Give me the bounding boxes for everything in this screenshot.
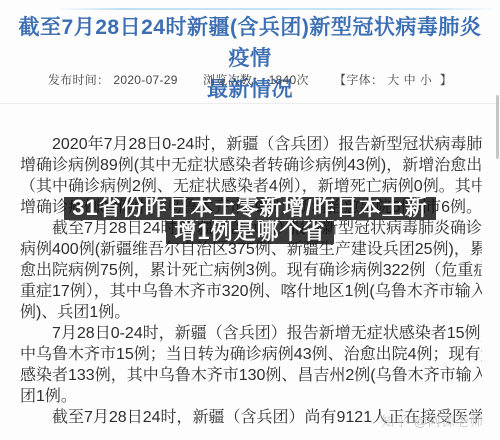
article-line-left: 截至7月28日24时,新疆（含兵团）累计报告新型冠状病毒肺炎 xyxy=(52,218,290,239)
page-title-line1: 截至7月28日24时新疆(含兵团)新型冠状病毒肺炎疫情 xyxy=(10,12,490,74)
article-line: 截至7月28日24时,新疆（含兵团）累计报告新型冠状病毒肺炎报告新型冠状病毒肺炎… xyxy=(20,218,482,239)
watermark-text: 知乎 @阿源老师 xyxy=(381,411,484,430)
font-size-large-button[interactable]: 大 xyxy=(387,73,399,87)
article-meta: 发布时间：2020-07-29 浏览次数：1840次 【字体：大中小 】 xyxy=(0,71,500,88)
font-size-label-suffix: 】 xyxy=(436,73,452,87)
article-line: 7月28日0-24时，新疆（含兵团）报告新增无症状感染者15例，其 xyxy=(20,323,482,344)
article-line: 感染者133例，其中乌鲁木齐市130例、昌吉州2例(乌鲁木齐市输入)、兵 xyxy=(20,365,482,386)
publish-time-label: 发布时间： xyxy=(48,73,110,87)
article-line-left: 增确诊病例89例中，乌鲁木齐市89例；新增治愈出院6例中，乌鲁木齐 xyxy=(20,197,425,218)
article-line: 增确诊病例89例中，乌鲁木齐市89例；新增治愈出院6例中，乌鲁木齐市6例。 xyxy=(20,197,482,218)
font-size-medium-button[interactable]: 中 xyxy=(404,73,416,87)
article-line: 2020年7月28日0-24时，新疆（含兵团）报告新型冠状病毒肺炎新 xyxy=(20,134,482,155)
scrollbar-thumb[interactable] xyxy=(496,95,499,159)
article-line: 例)、兵团1例。 xyxy=(20,302,482,323)
views-label: 浏览次数： xyxy=(203,73,265,87)
publish-date: 2020-07-29 xyxy=(113,73,177,87)
font-size-label: 【字体： xyxy=(334,73,383,87)
article-line-right: 报告新型冠状病毒肺炎确诊 xyxy=(290,218,482,239)
article-line-right: 市6例。 xyxy=(425,197,482,218)
article-line: 重症17例），其中乌鲁木齐市320例、喀什地区1例(乌鲁木齐市输入病 xyxy=(20,281,482,302)
font-size-small-button[interactable]: 小 xyxy=(420,73,432,87)
page-title: 截至7月28日24时新疆(含兵团)新型冠状病毒肺炎疫情 最新情况 xyxy=(10,12,490,105)
article-line: 中乌鲁木齐市15例；当日转为确诊病例43例、治愈出院4例；现有无症状 xyxy=(20,344,482,365)
article-line: （其中确诊病例2例、无症状感染者4例），新增死亡病例0例。其中：新 xyxy=(20,176,482,197)
article-body: 2020年7月28日0-24时，新疆（含兵团）报告新型冠状病毒肺炎新 增确诊病例… xyxy=(20,134,482,428)
article-line: 愈出院病例75例，累计死亡病例3例。现有确诊病例322例（危重症3例、 xyxy=(20,260,482,281)
article-line: 团1例。 xyxy=(20,386,482,407)
article-line: 病例400例(新疆维吾尔自治区375例、新疆生产建设兵团25例)，累计治 xyxy=(20,239,482,260)
views-count: 1840次 xyxy=(269,73,309,87)
header-divider xyxy=(0,103,500,104)
top-border-line xyxy=(55,8,498,10)
article-line: 增确诊病例89例(其中无症状感染者转确诊病例43例)，新增治愈出院6例 xyxy=(20,155,482,176)
